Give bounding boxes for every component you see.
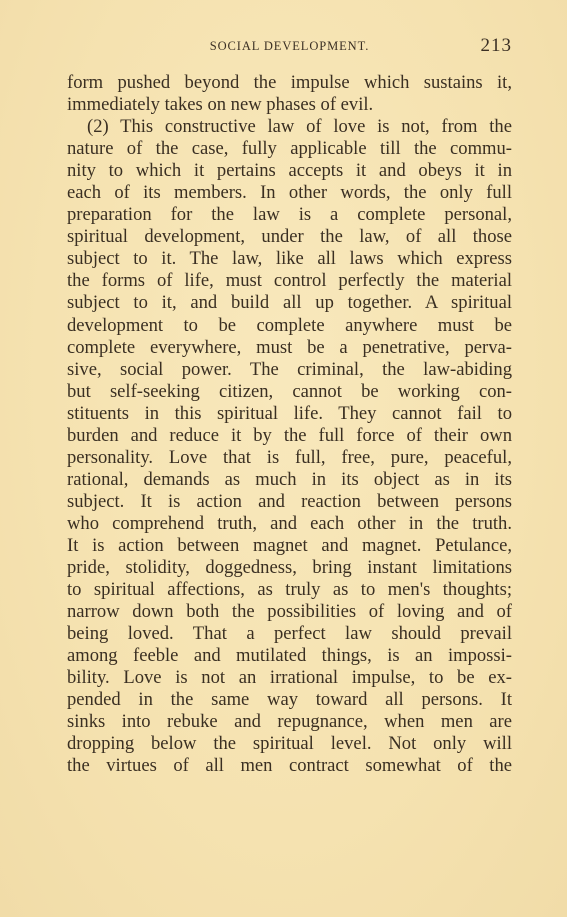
text-line: who comprehend truth, and each other in … [67, 513, 512, 535]
text-line: preparation for the law is a complete pe… [67, 204, 512, 226]
text-line: among feeble and mutilated things, is an… [67, 645, 512, 667]
text-line: stituents in this spiritual life. They c… [67, 403, 512, 425]
book-page: SOCIAL DEVELOPMENT. 213 form pushed beyo… [0, 0, 567, 917]
body-text: form pushed beyond the impulse which sus… [67, 72, 512, 778]
text-line: dropping below the spiritual level. Not … [67, 733, 512, 755]
text-line: immediately takes on new phases of evil. [67, 94, 512, 116]
running-head: SOCIAL DEVELOPMENT. 213 [67, 36, 512, 56]
text-line: subject to it. The law, like all laws wh… [67, 248, 512, 270]
text-line: spiritual development, under the law, of… [67, 226, 512, 248]
text-line: form pushed beyond the impulse which sus… [67, 72, 512, 94]
text-line: pended in the same way toward all person… [67, 689, 512, 711]
text-line: nity to which it pertains accepts it and… [67, 160, 512, 182]
text-line: narrow down both the possibilities of lo… [67, 601, 512, 623]
text-line: subject to it, and build all up together… [67, 292, 512, 314]
text-line: each of its members. In other words, the… [67, 182, 512, 204]
text-line: rational, demands as much in its object … [67, 469, 512, 491]
paragraph-start-line: (2) This constructive law of love is not… [67, 116, 512, 138]
text-line: burden and reduce it by the full force o… [67, 425, 512, 447]
text-line: but self-seeking citizen, cannot be work… [67, 381, 512, 403]
text-line: the forms of life, must control perfectl… [67, 270, 512, 292]
text-line: sive, social power. The criminal, the la… [67, 359, 512, 381]
text-line: sinks into rebuke and repugnance, when m… [67, 711, 512, 733]
text-line: being loved. That a perfect law should p… [67, 623, 512, 645]
text-line: complete everywhere, must be a penetrati… [67, 337, 512, 359]
text-line: pride, stolidity, doggedness, bring inst… [67, 557, 512, 579]
text-line: development to be complete anywhere must… [67, 315, 512, 337]
text-line: personality. Love that is full, free, pu… [67, 447, 512, 469]
text-line: to spiritual affections, as truly as to … [67, 579, 512, 601]
text-line: subject. It is action and reaction betwe… [67, 491, 512, 513]
text-line: nature of the case, fully applicable til… [67, 138, 512, 160]
text-line: bility. Love is not an irrational impuls… [67, 667, 512, 689]
page-number: 213 [481, 35, 513, 57]
running-title: SOCIAL DEVELOPMENT. [67, 39, 512, 54]
text-line: It is action between magnet and magnet. … [67, 535, 512, 557]
text-line: the virtues of all men contract somewhat… [67, 755, 512, 777]
